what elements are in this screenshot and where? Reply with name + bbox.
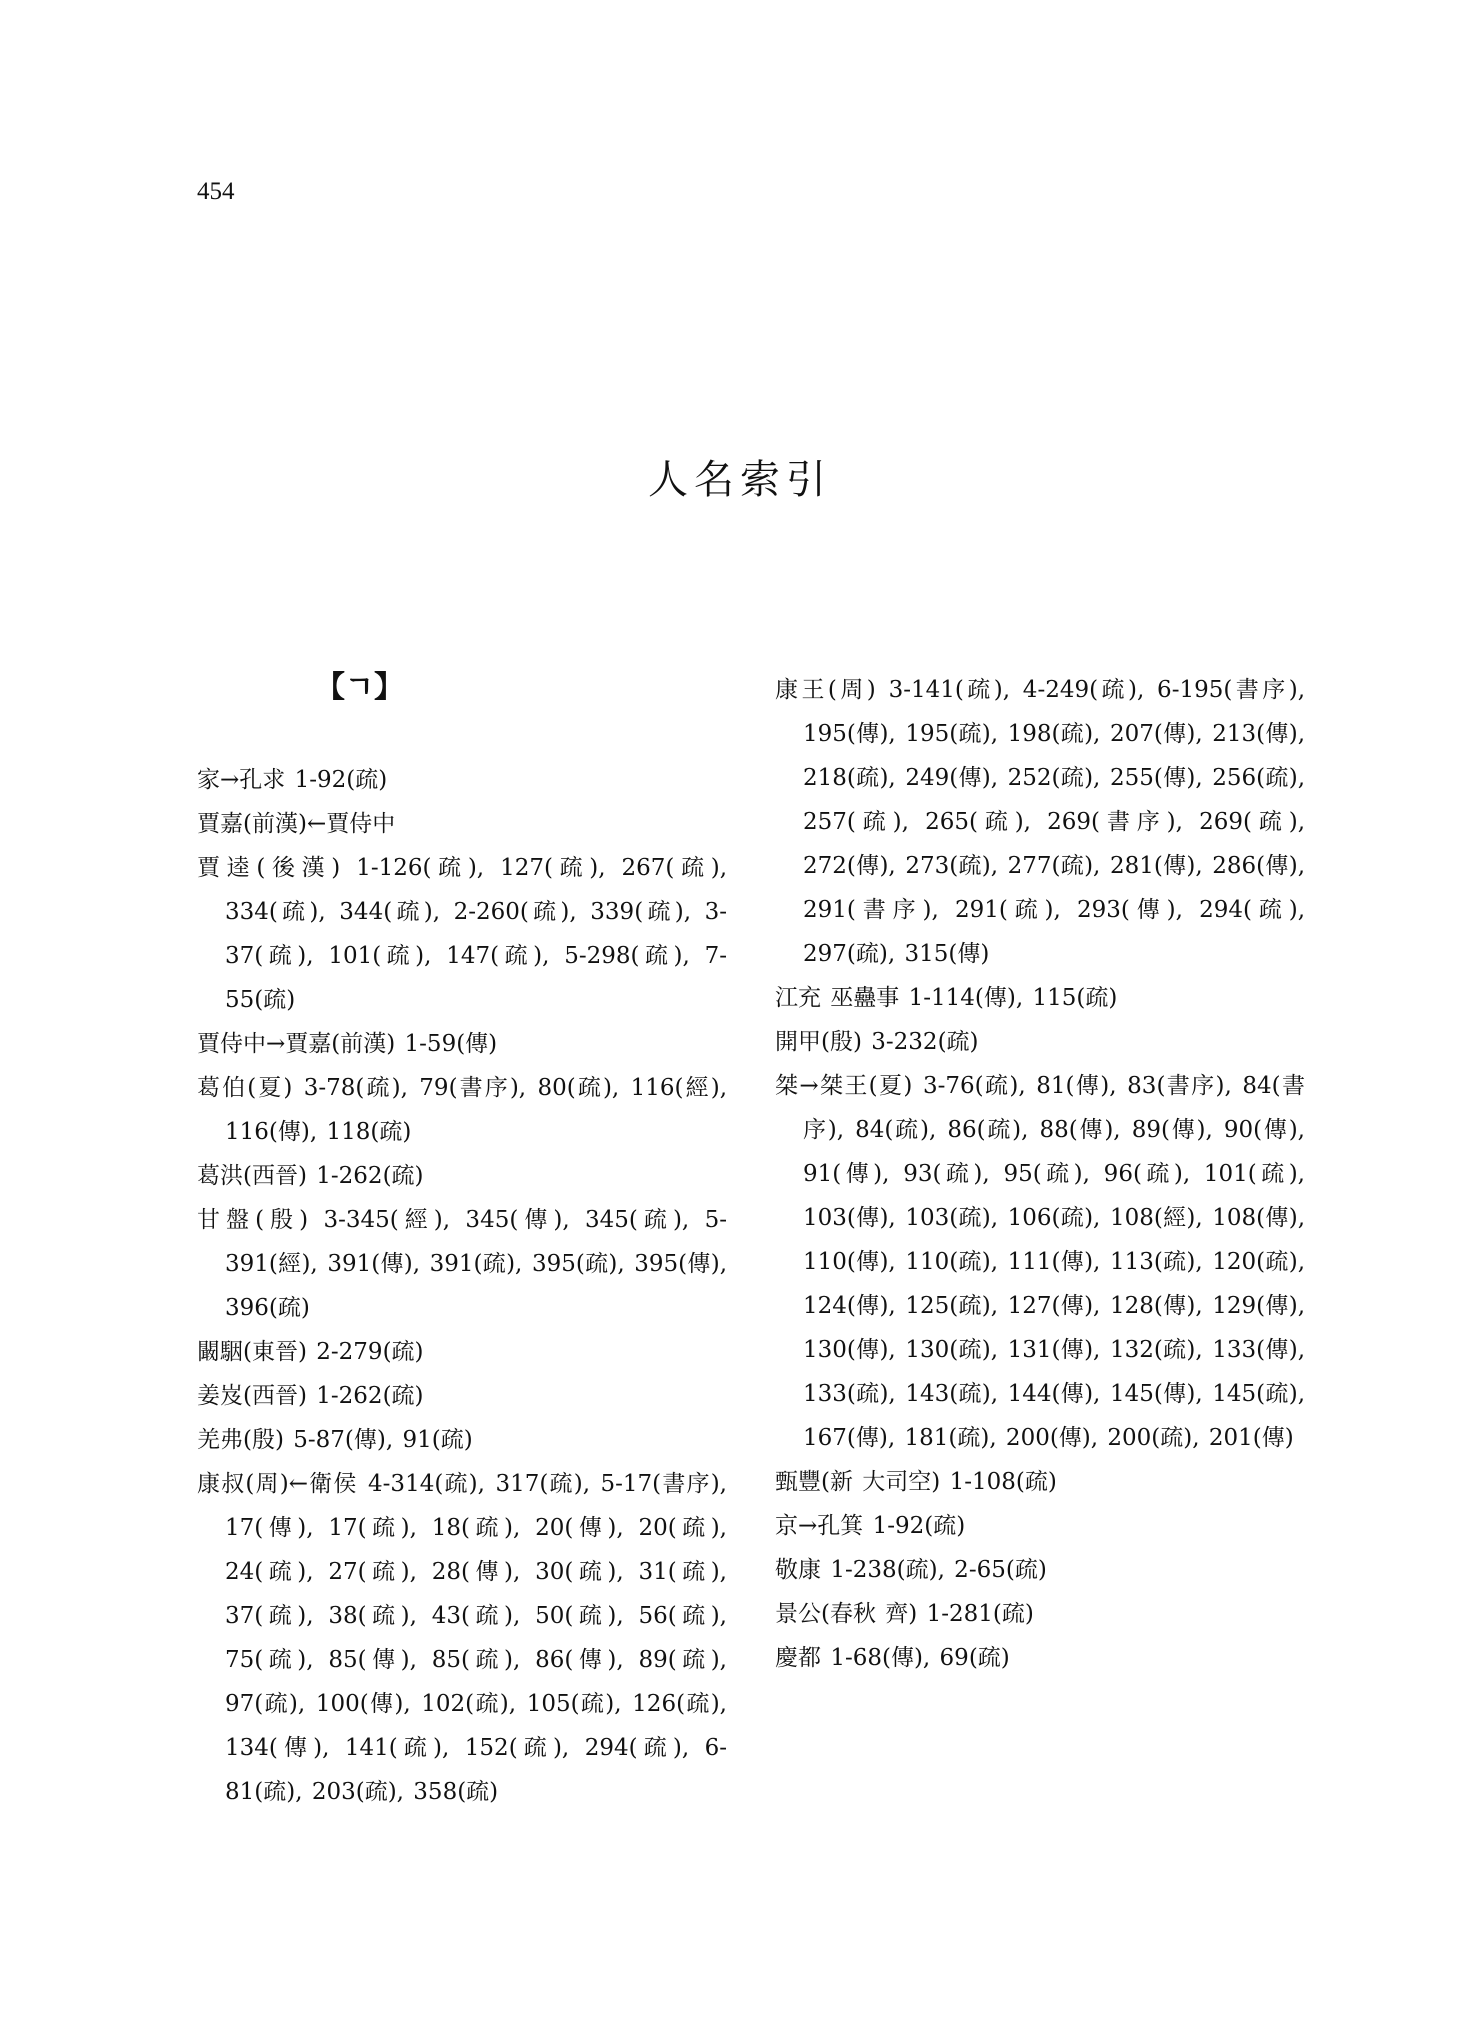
entry-name: 京→孔箕 (775, 1513, 863, 1539)
entry-name: 敬康 (775, 1557, 821, 1583)
section-heading: 【ㄱ】 (315, 662, 404, 706)
entry-references: 1-59(傳) (405, 1031, 498, 1057)
entry-references: 1-262(疏) (316, 1163, 423, 1189)
index-entry: 葛伯(夏) 3-78(疏), 79(書序), 80(疏), 116(經), 11… (197, 1066, 727, 1154)
index-entry: 闞駰(東晉) 2-279(疏) (197, 1330, 727, 1374)
entry-name: 葛洪(西晉) (197, 1163, 307, 1189)
entry-name: 甄豐(新 大司空) (775, 1469, 940, 1495)
index-column-right: 康王(周) 3-141(疏), 4-249(疏), 6-195(書序), 195… (775, 668, 1305, 1680)
entry-references: 1-92(疏) (873, 1513, 966, 1539)
entry-name: 江充 巫蠱事 (775, 985, 899, 1011)
index-entry: 景公(春秋 齊) 1-281(疏) (775, 1592, 1305, 1636)
index-entry: 家→孔求 1-92(疏) (197, 758, 727, 802)
entry-references: 1-281(疏) (927, 1601, 1034, 1627)
entry-name: 賈侍中→賈嘉(前漢) (197, 1031, 395, 1057)
index-entry: 開甲(殷) 3-232(疏) (775, 1020, 1305, 1064)
page-number: 454 (197, 178, 235, 206)
entry-name: 姜岌(西晉) (197, 1383, 307, 1409)
page-title: 人名索引 (0, 448, 1480, 505)
entry-name: 慶都 (775, 1645, 821, 1671)
index-entry: 賈嘉(前漢)←賈侍中 (197, 802, 727, 846)
index-entry: 康王(周) 3-141(疏), 4-249(疏), 6-195(書序), 195… (775, 668, 1305, 976)
entry-references: 1-238(疏), 2-65(疏) (830, 1557, 1047, 1583)
index-entry: 葛洪(西晉) 1-262(疏) (197, 1154, 727, 1198)
entry-name: 羌弗(殷) (197, 1427, 284, 1453)
entry-references: 1-68(傳), 69(疏) (830, 1645, 1009, 1671)
entry-name: 賈逵(後漢) (197, 855, 340, 881)
entry-name: 景公(春秋 齊) (775, 1601, 917, 1627)
entry-references: 1-262(疏) (316, 1383, 423, 1409)
entry-references: 1-108(疏) (950, 1469, 1057, 1495)
entry-references: 1-92(疏) (295, 767, 388, 793)
entry-name: 康叔(周)←衛侯 (197, 1471, 358, 1497)
index-entry: 康叔(周)←衛侯 4-314(疏), 317(疏), 5-17(書序), 17(… (197, 1462, 727, 1814)
entry-name: 賈嘉(前漢)←賈侍中 (197, 811, 395, 837)
index-entry: 桀→桀王(夏) 3-76(疏), 81(傳), 83(書序), 84(書序), … (775, 1064, 1305, 1460)
index-entry: 賈逵(後漢) 1-126(疏), 127(疏), 267(疏), 334(疏),… (197, 846, 727, 1022)
entry-references: 3-232(疏) (871, 1029, 978, 1055)
entry-references: 3-78(疏), 79(書序), 80(疏), 116(經), 116(傳), … (225, 1075, 727, 1145)
entry-name: 家→孔求 (197, 767, 285, 793)
entry-references: 3-141(疏), 4-249(疏), 6-195(書序), 195(傳), 1… (803, 677, 1305, 967)
entry-name: 甘盤(殷) (197, 1207, 308, 1233)
entry-references: 1-114(傳), 115(疏) (909, 985, 1118, 1011)
index-entry: 羌弗(殷) 5-87(傳), 91(疏) (197, 1418, 727, 1462)
index-entry: 甘盤(殷) 3-345(經), 345(傳), 345(疏), 5-391(經)… (197, 1198, 727, 1330)
index-entry: 京→孔箕 1-92(疏) (775, 1504, 1305, 1548)
index-entry: 姜岌(西晉) 1-262(疏) (197, 1374, 727, 1418)
index-entry: 慶都 1-68(傳), 69(疏) (775, 1636, 1305, 1680)
index-entry: 甄豐(新 大司空) 1-108(疏) (775, 1460, 1305, 1504)
index-column-left: 家→孔求 1-92(疏)賈嘉(前漢)←賈侍中賈逵(後漢) 1-126(疏), 1… (197, 758, 727, 1814)
entry-name: 康王(周) (775, 677, 876, 703)
entry-references: 5-87(傳), 91(疏) (293, 1427, 472, 1453)
entry-references: 4-314(疏), 317(疏), 5-17(書序), 17(傳), 17(疏)… (225, 1471, 727, 1805)
entry-name: 葛伯(夏) (197, 1075, 292, 1101)
entry-references: 3-76(疏), 81(傳), 83(書序), 84(書序), 84(疏), 8… (803, 1073, 1305, 1451)
entry-name: 開甲(殷) (775, 1029, 862, 1055)
index-entry: 江充 巫蠱事 1-114(傳), 115(疏) (775, 976, 1305, 1020)
entry-name: 桀→桀王(夏) (775, 1073, 912, 1099)
entry-name: 闞駰(東晉) (197, 1339, 307, 1365)
index-entry: 賈侍中→賈嘉(前漢) 1-59(傳) (197, 1022, 727, 1066)
index-entry: 敬康 1-238(疏), 2-65(疏) (775, 1548, 1305, 1592)
entry-references: 2-279(疏) (316, 1339, 423, 1365)
